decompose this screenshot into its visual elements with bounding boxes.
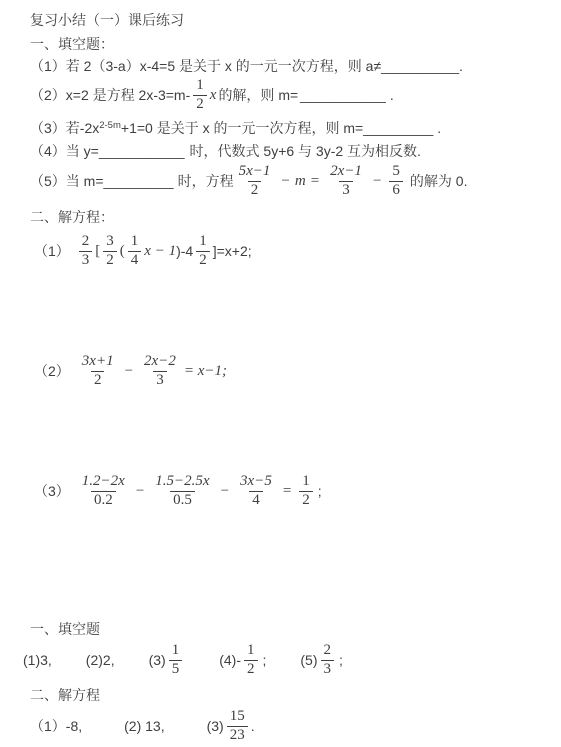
fill-question-5: （5）当 m=_________时，方程5x−12−m=2x−13−56的解为 … [30,161,551,201]
fraction-denominator: 3 [321,660,335,678]
q3-text-pre: （3）若-2x [30,120,99,136]
fraction-numerator: 15 [227,708,248,725]
fraction: 12 [196,233,210,269]
fraction-denominator: 3 [339,181,353,199]
q3-blank: _________ [363,120,433,136]
minus-sign: − [125,363,133,380]
answer-separator: ; [263,652,267,668]
fraction-numerator: 3x−5 [237,473,275,490]
e2-right-side: = x−1; [184,363,227,380]
minus-sign: − [281,173,289,190]
solve-equation-2: （2）3x+12−2x−23= x−1; [30,351,551,391]
fraction: 56 [389,163,403,199]
q2-blank: ___________ [300,87,386,103]
fraction-denominator: 0.2 [91,491,116,509]
answer-fill-2: (2)2, [86,652,115,668]
section-fill-heading: 一、填空题： [30,34,551,54]
fraction-denominator: 2 [248,181,262,199]
q1-period: . [459,58,463,74]
q5-text-mid: 时，方程 [178,171,234,191]
fraction: 23 [79,233,93,269]
equals-sign: = [311,173,319,190]
fraction: 23 [321,642,335,678]
fill-question-1: （1）若 2（3-a）x-4=5 是关于 x 的一元一次方程，则 a≠_____… [30,56,551,76]
fraction-numerator: 2x−2 [141,353,179,370]
e3-label: （3） [34,481,70,501]
fraction: 1.5−2.5x0.5 [152,473,212,509]
left-bracket: [ [95,243,100,260]
fraction-numerator: 1 [169,642,183,659]
fraction: 32 [103,233,117,269]
fraction-denominator: 0.5 [170,491,195,509]
fraction: 3x+12 [79,353,117,389]
fraction: 12 [244,642,258,678]
fraction-denominator: 4 [128,251,142,269]
q2-period: . [390,87,394,103]
fraction: 14 [128,233,142,269]
solve-equation-3: （3）1.2−2x0.2−1.5−2.5x0.5−3x−54=12; [30,471,551,511]
worksheet-page: 复习小结（一）课后练习 一、填空题： （1）若 2（3-a）x-4=5 是关于 … [0,0,561,745]
answer-fill-1: (1)3, [23,652,52,668]
fraction-numerator: 1 [299,473,313,490]
answer-period: . [251,718,255,734]
answer-solve-1: （1）-8, [30,716,82,736]
q2-text-mid: 的解，则 m= [218,85,298,105]
q2-text-pre: （2）x=2 是方程 2x-3=m- [30,85,190,105]
e2-label: （2） [34,361,70,381]
q4-blank: ___________ [99,143,185,159]
fraction: 3x−54 [237,473,275,509]
answer-label: (3) [149,652,166,668]
fraction-denominator: 5 [169,660,183,678]
fraction-denominator: 2 [196,251,210,269]
answers-solve-line: （1）-8, (2) 13, (3)1523. [30,707,551,745]
fraction-denominator: 6 [389,181,403,199]
fraction-denominator: 3 [153,371,167,389]
minus-sign: − [221,483,229,500]
fraction-denominator: 2 [103,251,117,269]
q1-blank: __________ [381,58,459,74]
answer-separator: ; [339,652,343,668]
answer-solve-2: (2) 13, [124,718,164,734]
e1-text-mid: )-4 [176,243,193,259]
fraction-denominator: 4 [249,491,263,509]
fraction-numerator: 2 [321,642,335,659]
answer-label: (3) [207,718,224,734]
fraction-numerator: 1.2−2x [79,473,128,490]
fraction-denominator: 3 [79,251,93,269]
fraction-numerator: 1 [128,233,142,250]
fraction-numerator: 2 [79,233,93,250]
section-solve-heading: 二、解方程： [30,207,551,227]
fraction: 12 [299,473,313,509]
fraction: 1523 [227,708,248,744]
fill-question-2: （2）x=2 是方程 2x-3=m-12x的解，则 m=___________. [30,76,551,114]
q2-variable: x [210,87,217,104]
answer-fill-4: (4)-12; [219,642,266,678]
fraction-numerator: 1.5−2.5x [152,473,212,490]
e1-tail: ]=x+2; [213,243,252,259]
left-paren: ( [120,243,125,260]
answer-label: (4)- [219,652,241,668]
minus-sign: − [373,173,381,190]
fraction-denominator: 2 [193,95,207,113]
answer-fill-5: (5)23; [300,642,343,678]
q3-period: . [437,120,441,136]
fill-question-3: （3）若-2x2-5m+1=0 是关于 x 的一元一次方程，则 m=______… [30,118,551,141]
q5-text-post: 的解为 0. [410,171,468,191]
fraction-numerator: 1 [196,233,210,250]
answer-label: (5) [300,652,317,668]
fraction: 1.2−2x0.2 [79,473,128,509]
q4-text-pre: （4）当 y= [30,143,99,159]
fraction-numerator: 3x+1 [79,353,117,370]
q4-text-post: 时，代数式 5y+6 与 3y-2 互为相反数. [190,143,421,159]
q5-variable: m [295,173,306,190]
answer-solve-3: (3)1523. [207,708,255,744]
fraction: 5x−12 [236,163,274,199]
q3-text-mid: +1=0 是关于 x 的一元一次方程，则 m= [121,120,363,136]
fraction: 12 [193,77,207,113]
fraction-denominator: 2 [299,491,313,509]
q5-text-pre: （5）当 m= [30,171,104,191]
answers-fill-heading: 一、填空题 [30,619,551,639]
e1-expression: x − 1 [144,243,176,260]
fraction-denominator: 23 [227,726,248,744]
fraction-numerator: 1 [244,642,258,659]
e3-semicolon: ; [318,483,322,499]
minus-sign: − [136,483,144,500]
q5-blank: _________ [104,173,174,189]
answers-solve-heading: 二、解方程 [30,685,551,705]
answer-fill-3: (3)15 [149,642,186,678]
fraction-numerator: 5 [389,163,403,180]
q3-exponent: 2-5m [99,120,121,131]
fraction-denominator: 2 [91,371,105,389]
fill-question-4: （4）当 y=___________时，代数式 5y+6 与 3y-2 互为相反… [30,141,551,161]
fraction: 15 [169,642,183,678]
q1-text: （1）若 2（3-a）x-4=5 是关于 x 的一元一次方程，则 a≠ [30,58,381,74]
solve-equation-1: （1）23[32(14x − 1)-412]=x+2; [30,229,551,273]
fraction-numerator: 3 [103,233,117,250]
page-title: 复习小结（一）课后练习 [30,10,551,30]
e1-label: （1） [34,241,70,261]
fraction-denominator: 2 [244,660,258,678]
fraction-numerator: 1 [193,77,207,94]
fraction: 2x−13 [327,163,365,199]
equals-sign: = [283,483,291,500]
fraction-numerator: 2x−1 [327,163,365,180]
fraction-numerator: 5x−1 [236,163,274,180]
answers-fill-line: (1)3, (2)2, (3)15 (4)-12; (5)23; [23,641,551,679]
fraction: 2x−23 [141,353,179,389]
